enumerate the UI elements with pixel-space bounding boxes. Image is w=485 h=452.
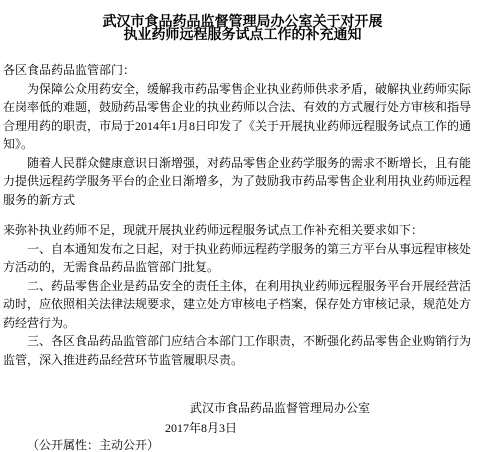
title-line-2: 执业药师远程服务试点工作的补充通知 (0, 29, 485, 42)
requirement-item-3: 三、各区食品药品监管部门应结合本部门工作职责，不断强化药品零售企业购销行为监管，… (3, 332, 481, 369)
paragraph-requirements-lead: 来弥补执业药师不足，现就开展执业药师远程服务试点工作补充相关要求如下： (3, 221, 481, 240)
issuing-office-signature: 武汉市食品药品监督管理局办公室 (190, 398, 485, 418)
salutation: 各区食品药品监管部门： (3, 61, 481, 80)
document-title: 武汉市食品药品监督管理局办公室关于对开展 执业药师远程服务试点工作的补充通知 (0, 16, 485, 42)
blank-line-spacer (3, 209, 481, 221)
paragraph-background: 随着人民群众健康意识日渐增强，对药品零售企业药学服务的需求不断增长，且有能力提供… (3, 154, 481, 210)
issue-date: 2017年8月3日 (165, 418, 485, 438)
requirement-item-1: 一、自本通知发布之日起，对于执业药师远程药学服务的第三方平台从事远程审核处方活动… (3, 240, 481, 277)
paragraph-intro: 为保障公众用药安全，缓解我市药品零售企业执业药师供求矛盾，破解执业药师实际在岗率… (3, 80, 481, 154)
document-body: 各区食品药品监管部门： 为保障公众用药安全，缓解我市药品零售企业执业药师供求矛盾… (0, 61, 485, 369)
disclosure-attribute: （公开属性：主动公开） (27, 438, 485, 452)
signature-block: 武汉市食品药品监督管理局办公室 2017年8月3日 （公开属性：主动公开） (0, 398, 485, 452)
requirement-item-2: 二、药品零售企业是药品安全的责任主体，在利用执业药师远程服务平台开展经营活动时，… (3, 277, 481, 333)
notice-page: 武汉市食品药品监督管理局办公室关于对开展 执业药师远程服务试点工作的补充通知 各… (0, 0, 485, 452)
